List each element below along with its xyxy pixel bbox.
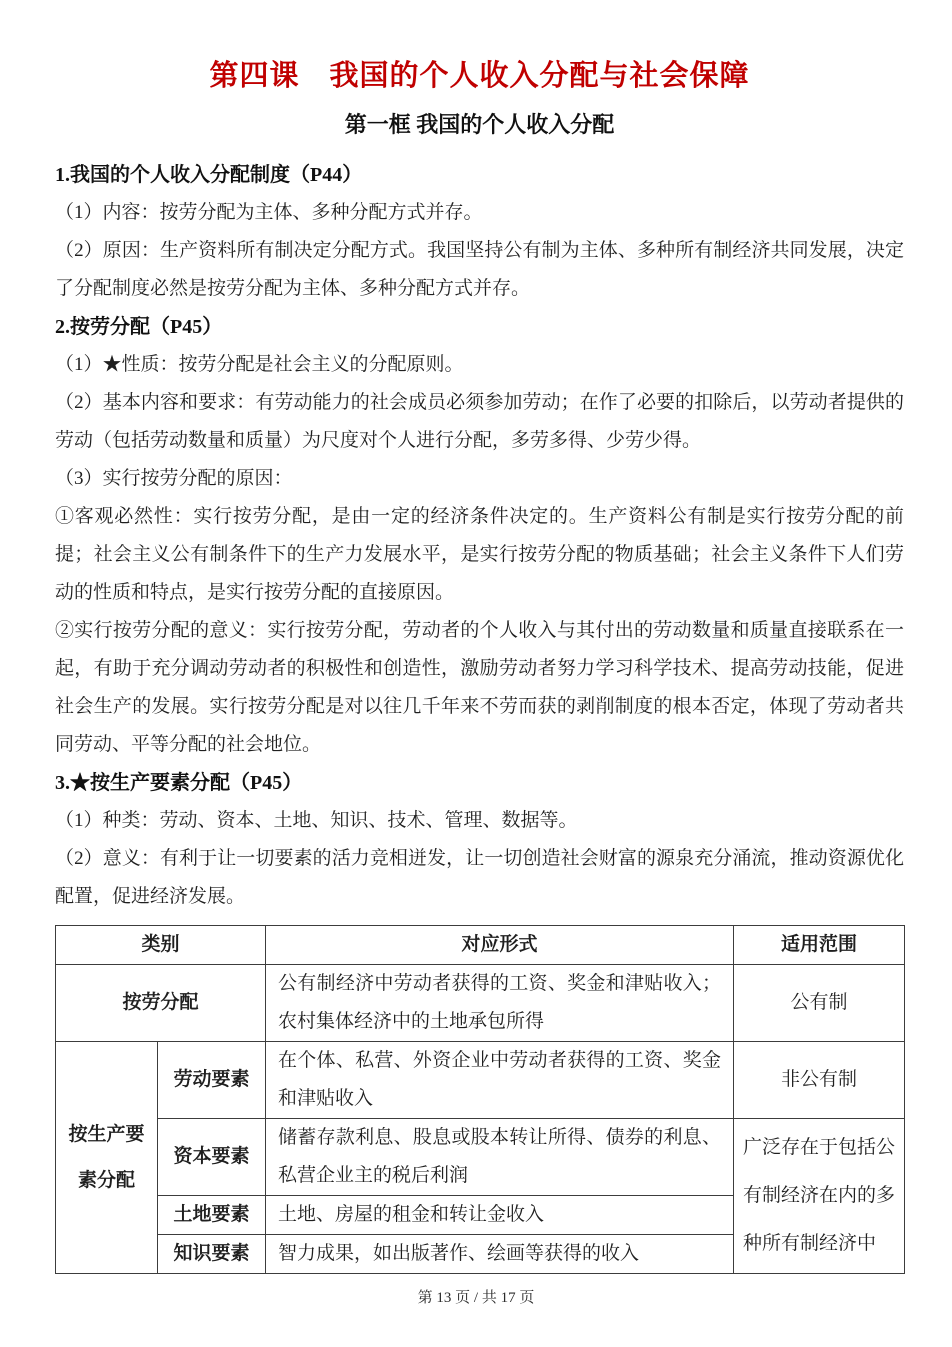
cell-factor-merged-scope: 广泛存在于包括公有制经济在内的多种所有制经济中 xyxy=(734,1119,905,1274)
cell-factor-knowledge: 知识要素 xyxy=(158,1235,266,1274)
page-title: 第四课 我国的个人收入分配与社会保障 xyxy=(55,56,904,96)
cell-labor-scope: 公有制 xyxy=(734,965,905,1042)
distribution-table: 类别 对应形式 适用范围 按劳分配 公有制经济中劳动者获得的工资、奖金和津贴收入… xyxy=(55,925,905,1274)
para-system-reason: （2）原因：生产资料所有制决定分配方式。我国坚持公有制为主体、多种所有制经济共同… xyxy=(55,232,904,308)
cell-factor-group-category: 按生产要素分配 xyxy=(56,1042,158,1274)
heading-distribution-by-factors: 3.★按生产要素分配（P45） xyxy=(55,764,904,802)
document-body: 1.我国的个人收入分配制度（P44） （1）内容：按劳分配为主体、多种分配方式并… xyxy=(55,156,904,916)
cell-factor-labor-scope: 非公有制 xyxy=(734,1042,905,1119)
cell-factor-labor-form: 在个体、私营、外资企业中劳动者获得的工资、奖金和津贴收入 xyxy=(266,1042,734,1119)
cell-factor-knowledge-form: 智力成果，如出版著作、绘画等获得的收入 xyxy=(266,1235,734,1274)
para-labor-reason-intro: （3）实行按劳分配的原因： xyxy=(55,460,904,498)
para-labor-basic-content: （2）基本内容和要求：有劳动能力的社会成员必须参加劳动；在作了必要的扣除后，以劳… xyxy=(55,384,904,460)
table-row-capital-factor: 资本要素 储蓄存款利息、股息或股本转让所得、债券的利息、私营企业主的税后利润 广… xyxy=(56,1119,905,1196)
table-header-scope: 适用范围 xyxy=(734,926,905,965)
document-page: 第四课 我国的个人收入分配与社会保障 第一框 我国的个人收入分配 1.我国的个人… xyxy=(0,0,952,1347)
cell-factor-labor: 劳动要素 xyxy=(158,1042,266,1119)
para-labor-significance: ②实行按劳分配的意义：实行按劳分配，劳动者的个人收入与其付出的劳动数量和质量直接… xyxy=(55,612,904,764)
table-header-row: 类别 对应形式 适用范围 xyxy=(56,926,905,965)
cell-factor-capital: 资本要素 xyxy=(158,1119,266,1196)
para-factor-types: （1）种类：劳动、资本、土地、知识、技术、管理、数据等。 xyxy=(55,802,904,840)
heading-distribution-by-labor: 2.按劳分配（P45） xyxy=(55,308,904,346)
para-labor-nature: （1）★性质：按劳分配是社会主义的分配原则。 xyxy=(55,346,904,384)
heading-income-distribution-system: 1.我国的个人收入分配制度（P44） xyxy=(55,156,904,194)
cell-factor-land-form: 土地、房屋的租金和转让金收入 xyxy=(266,1196,734,1235)
table-header-form: 对应形式 xyxy=(266,926,734,965)
para-system-content: （1）内容：按劳分配为主体、多种分配方式并存。 xyxy=(55,194,904,232)
cell-labor-category: 按劳分配 xyxy=(56,965,266,1042)
cell-labor-form: 公有制经济中劳动者获得的工资、奖金和津贴收入；农村集体经济中的土地承包所得 xyxy=(266,965,734,1042)
table-row-labor-distribution: 按劳分配 公有制经济中劳动者获得的工资、奖金和津贴收入；农村集体经济中的土地承包… xyxy=(56,965,905,1042)
cell-factor-capital-form: 储蓄存款利息、股息或股本转让所得、债券的利息、私营企业主的税后利润 xyxy=(266,1119,734,1196)
table-row-labor-factor: 按生产要素分配 劳动要素 在个体、私营、外资企业中劳动者获得的工资、奖金和津贴收… xyxy=(56,1042,905,1119)
table-header-category: 类别 xyxy=(56,926,266,965)
para-objective-necessity: ①客观必然性：实行按劳分配，是由一定的经济条件决定的。生产资料公有制是实行按劳分… xyxy=(55,498,904,612)
cell-factor-land: 土地要素 xyxy=(158,1196,266,1235)
page-number: 第 13 页 / 共 17 页 xyxy=(0,1286,952,1307)
para-factor-significance: （2）意义：有利于让一切要素的活力竞相迸发，让一切创造社会财富的源泉充分涌流，推… xyxy=(55,840,904,916)
section-subtitle: 第一框 我国的个人收入分配 xyxy=(55,110,904,140)
